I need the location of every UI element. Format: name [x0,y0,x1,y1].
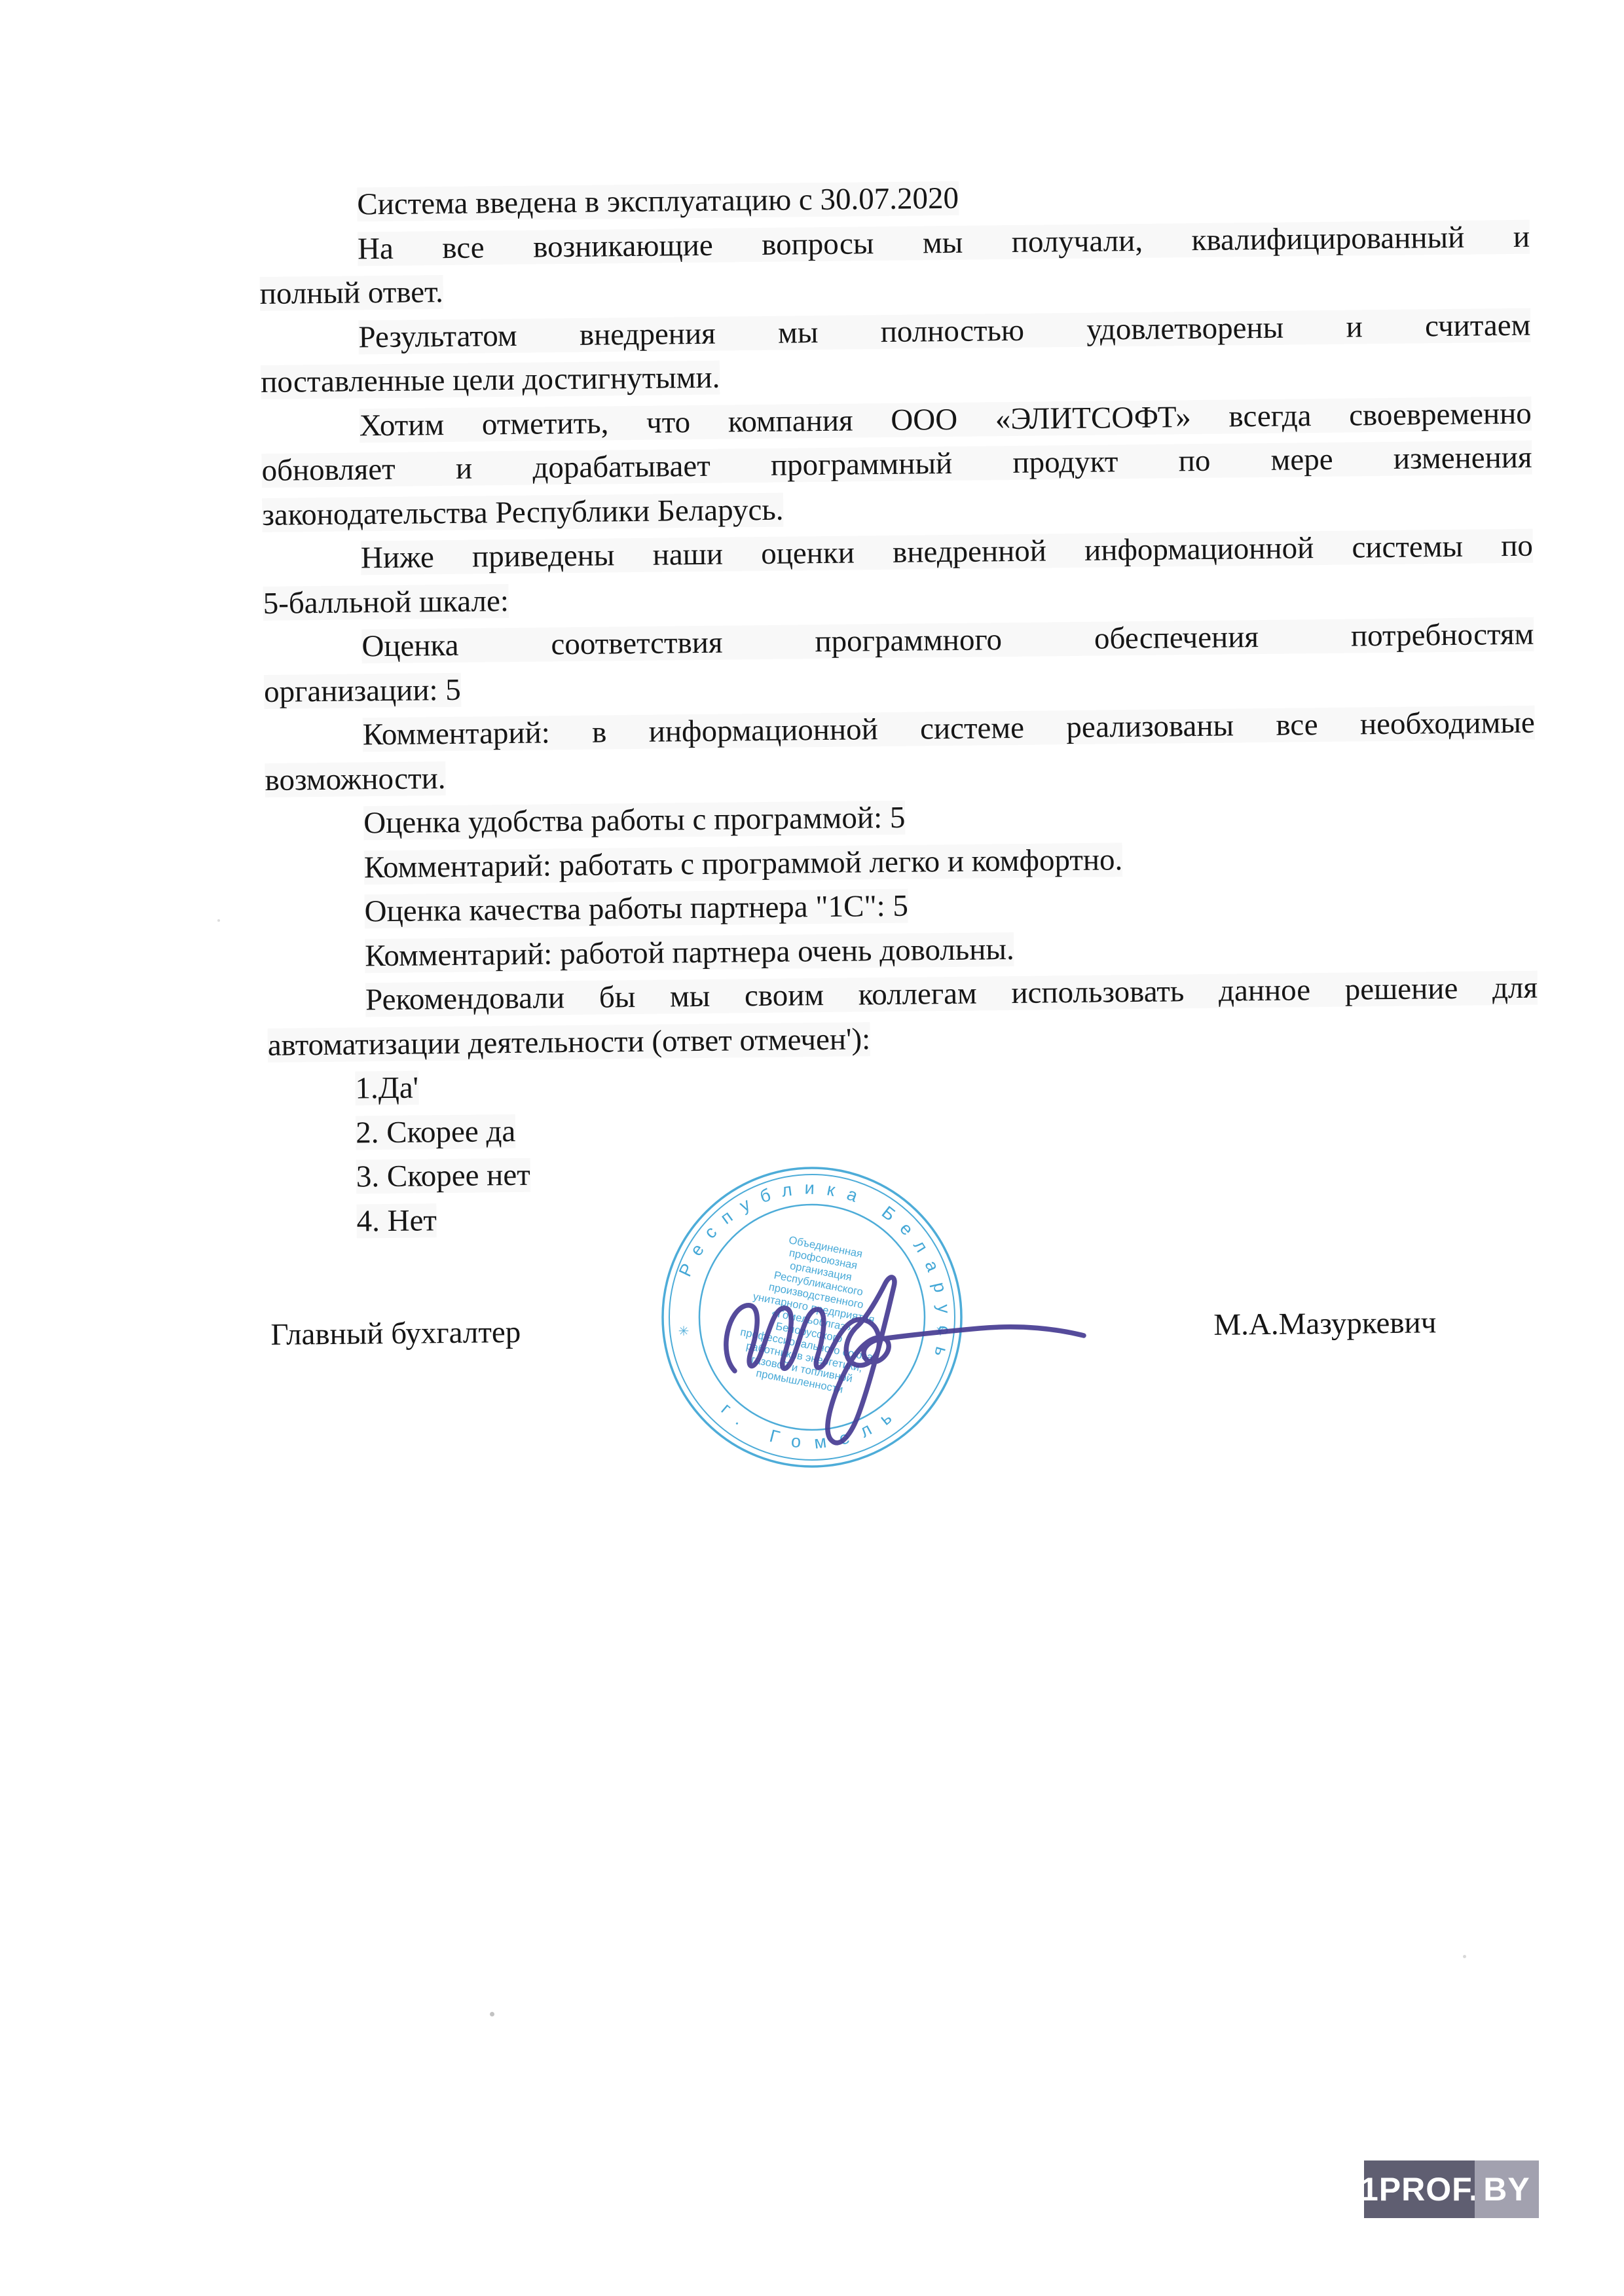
watermark-badge: 1PROF. BY [1364,2160,1539,2218]
scan-speck [217,919,220,922]
stamp-left-separator-icon: ✳ [678,1324,690,1339]
scanned-document-page: Система введена в эксплуатацию с 30.07.2… [0,0,1624,2296]
scan-speck [490,2012,494,2016]
watermark-left-segment: 1PROF. [1364,2160,1475,2218]
watermark-right-segment: BY [1475,2160,1539,2218]
signature-stroke [726,1277,1084,1443]
signatory-role: Главный бухгалтер [270,1315,521,1353]
handwritten-signature [694,1237,1113,1473]
signatory-name: М.А.Мазуркевич [1213,1305,1437,1343]
scan-speck [1463,1955,1466,1958]
